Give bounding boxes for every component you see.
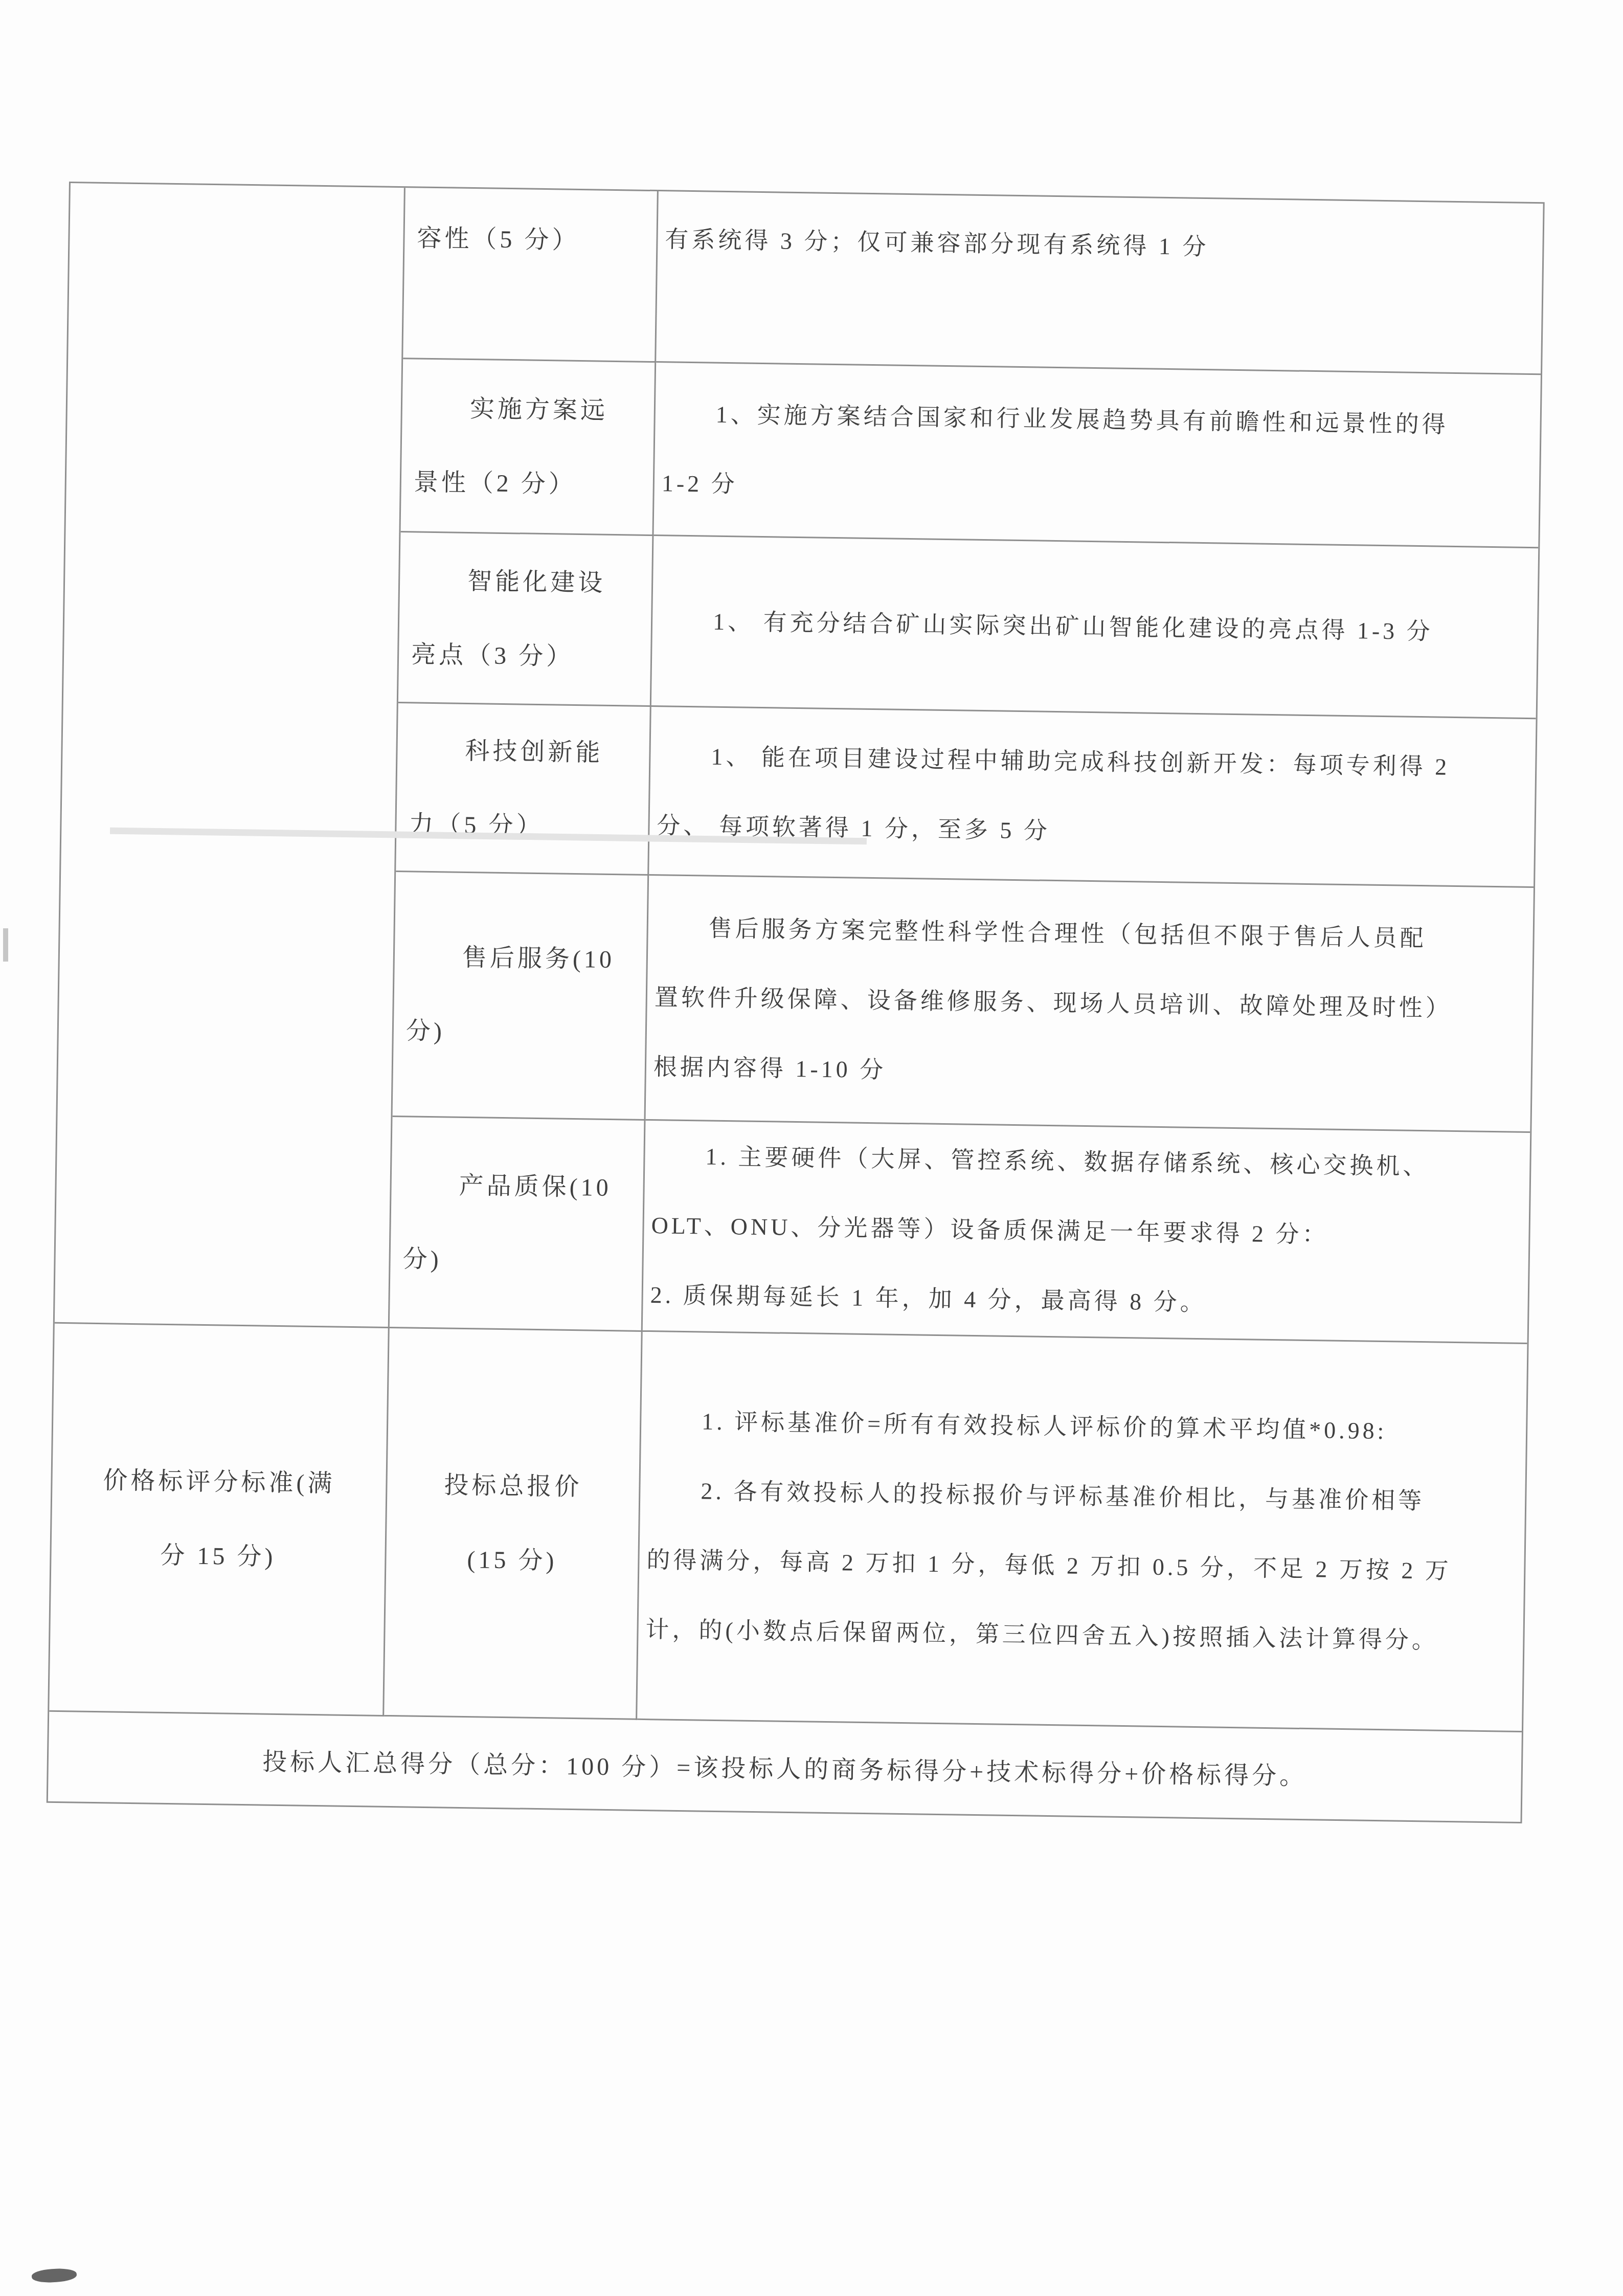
bid-evaluation-table: 容性（5 分） 有系统得 3 分；仅可兼容部分现有系统得 1 分 实施方案远 景… — [47, 182, 1545, 1823]
category-text: 分 15 分) — [160, 1519, 276, 1594]
table-cell-criterion-vision: 实施方案远 景性（2 分） — [400, 359, 656, 536]
table-cell-criterion-intelligent-highlights: 智能化建设 亮点（3 分） — [398, 532, 654, 707]
desc-text: 1、 能在项目建设过程中辅助完成科技创新开发：每项专利得 2 — [657, 721, 1525, 803]
desc-text: 分、 每项软著得 1 分，至多 5 分 — [657, 791, 1525, 873]
desc-text: 1. 评标基准价=所有有效投标人评标价的算术平均值*0.98: — [648, 1386, 1516, 1468]
desc-text: 置软件升级保障、设备维修服务、现场人员培训、故障处理及时性） — [654, 963, 1522, 1044]
scan-artifact-corner-mark — [31, 2268, 77, 2284]
criterion-text: 科技创新能 — [410, 713, 646, 790]
criterion-text: 投标总报价 — [443, 1448, 582, 1524]
desc-text: OLT、ONU、分光器等）设备质保满足一年要求得 2 分： — [651, 1191, 1519, 1273]
criterion-text: 售后服务(10 — [407, 920, 643, 997]
table-cell-criterion-warranty: 产品质保(10 分) — [390, 1117, 646, 1332]
table-cell-criterion-total-bid-price: 投标总报价 (15 分) — [384, 1328, 643, 1720]
criterion-text: 分) — [402, 1222, 639, 1299]
desc-text: 2. 各有效投标人的投标报价与评标基准价相比，与基准价相等 — [647, 1456, 1515, 1537]
desc-text: 的得满分，每高 2 万扣 1 分，每低 2 万扣 0.5 分，不足 2 万按 2… — [646, 1525, 1515, 1607]
table-cell-category-price: 价格标评分标准(满 分 15 分) — [49, 1324, 390, 1717]
table-cell-desc-vision: 1、实施方案结合国家和行业发展趋势具有前瞻性和远景性的得 1-2 分 — [653, 363, 1541, 548]
desc-text: 1、实施方案结合国家和行业发展趋势具有前瞻性和远景性的得 — [662, 379, 1530, 461]
scanned-document-page: 容性（5 分） 有系统得 3 分；仅可兼容部分现有系统得 1 分 实施方案远 景… — [0, 0, 1623, 2296]
category-text: 价格标评分标准(满 — [103, 1443, 336, 1521]
table-cell-desc-innovation: 1、 能在项目建设过程中辅助完成科技创新开发：每项专利得 2 分、 每项软著得 … — [649, 707, 1536, 888]
criterion-text: 分) — [405, 994, 642, 1071]
criterion-text: 产品质保(10 — [403, 1148, 640, 1225]
desc-text: 1. 主要硬件（大屏、管控系统、数据存储系统、核心交换机、 — [652, 1121, 1520, 1203]
table-cell-desc-warranty: 1. 主要硬件（大屏、管控系统、数据存储系统、核心交换机、 OLT、ONU、分光… — [643, 1121, 1530, 1344]
criterion-text: 力（5 分） — [409, 787, 645, 864]
criterion-text: 容性（5 分） — [417, 202, 653, 279]
desc-text: 1-2 分 — [661, 449, 1529, 530]
table-cell-criterion-after-sales: 售后服务(10 分) — [393, 872, 649, 1121]
table-cell-desc-intelligent-highlights: 1、 有充分结合矿山实际突出矿山智能化建设的亮点得 1-3 分 — [651, 536, 1538, 719]
table-cell-criterion-innovation: 科技创新能 力（5 分） — [396, 703, 651, 876]
summary-text: 投标人汇总得分（总分：100 分）=该投标人的商务标得分+技术标得分+价格标得分… — [262, 1742, 1308, 1792]
table-cell-desc-after-sales: 售后服务方案完整性科学性合理性（包括但不限于售后人员配 置软件升级保障、设备维修… — [645, 876, 1534, 1133]
desc-text: 根据内容得 1-10 分 — [653, 1032, 1521, 1114]
criterion-text: 亮点（3 分） — [411, 617, 647, 695]
table-cell-desc-total-bid-price: 1. 评标基准价=所有有效投标人评标价的算术平均值*0.98: 2. 各有效投标… — [637, 1332, 1527, 1732]
desc-text: 有系统得 3 分；仅可兼容部分现有系统得 1 分 — [665, 205, 1533, 286]
table-cell-category-continuation — [55, 183, 405, 1328]
desc-text: 计，的(小数点后保留两位，第三位四舍五入)按照插入法计算得分。 — [645, 1595, 1514, 1677]
scan-artifact-edge-tick — [3, 928, 8, 962]
criterion-text: 景性（2 分） — [413, 445, 649, 522]
desc-text: 1、 有充分结合矿山实际突出矿山智能化建设的亮点得 1-3 分 — [659, 586, 1527, 668]
desc-text: 售后服务方案完整性科学性合理性（包括但不限于售后人员配 — [655, 893, 1523, 975]
table-cell-criterion-compatibility: 容性（5 分） — [403, 188, 659, 363]
criterion-text: (15 分) — [466, 1523, 557, 1598]
criterion-text: 智能化建设 — [412, 543, 648, 620]
criterion-text: 实施方案远 — [414, 371, 650, 448]
desc-text: 2. 质保期每延长 1 年，加 4 分，最高得 8 分。 — [650, 1260, 1518, 1342]
table-cell-desc-compatibility: 有系统得 3 分；仅可兼容部分现有系统得 1 分 — [656, 191, 1543, 375]
